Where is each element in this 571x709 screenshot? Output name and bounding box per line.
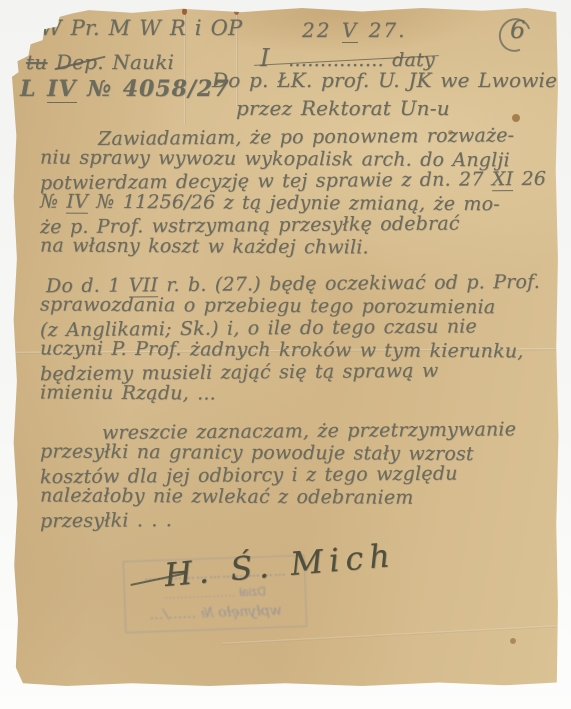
handwritten-segment: № 11256/26 z tą jedynie zmianą, że mo- — [88, 191, 500, 216]
handwritten-segment: imieniu Rządu, ... — [40, 381, 216, 404]
rust-spot — [182, 8, 187, 15]
handwritten-segment: XI — [492, 168, 514, 191]
document-scan: W Pr. M W R i OP 22 V 27. 6 tu Dep. Nauk… — [0, 0, 571, 709]
stain — [512, 114, 520, 122]
stamp-line-3: wpłynęło № ……/… — [129, 602, 301, 624]
handwritten-line: na własny koszt w każdej chwili. — [40, 234, 546, 259]
crease — [222, 625, 559, 645]
page-number: 6 — [499, 14, 533, 52]
date-day: 22 — [302, 18, 331, 42]
date: 22 V 27. — [302, 18, 406, 42]
crossed-word: tu — [26, 50, 47, 74]
paragraph: Do d. 1 VII r. b. (27.) będę oczekiwać o… — [40, 273, 546, 405]
rust-spot — [234, 8, 239, 15]
letter-body: Zawiadamiam, że po ponownem rozważe-niu … — [40, 126, 546, 545]
ref-number: № 4058/27 — [77, 76, 230, 102]
handwritten-segment: 26 — [513, 168, 546, 190]
handwritten-line: wreszcie zaznaczam, że przetrzymywanie — [102, 418, 546, 444]
page-number-digit: 6 — [510, 16, 525, 44]
handwritten-segment: przesyłki . . . — [40, 509, 172, 532]
ref-prefix: L — [20, 76, 47, 102]
department-line: tu Dep. Nauki — [26, 50, 174, 74]
letter-page: W Pr. M W R i OP 22 V 27. 6 tu Dep. Nauk… — [12, 6, 559, 688]
reference-number: L IV № 4058/27 — [20, 76, 230, 102]
handwritten-segment: przesyłki na granicy powoduje stały wzro… — [40, 440, 474, 465]
addressee-line: W Pr. M W R i OP — [40, 16, 242, 40]
handwritten-segment: IV — [66, 191, 88, 214]
handwritten-line: przesyłki . . . — [40, 506, 546, 532]
handwritten-segment: na własny koszt w każdej chwili. — [40, 234, 369, 258]
ref-numeral: IV — [47, 76, 76, 103]
handwritten-line: imieniu Rządu, ... — [40, 381, 546, 406]
stain — [510, 638, 516, 644]
handwritten-segment: № — [40, 190, 67, 212]
handwritten-segment: sprawozdania o przebiegu tego porozumien… — [40, 293, 496, 318]
department-name: Nauki — [112, 50, 174, 74]
slashed-word: Dep. — [56, 50, 104, 74]
paragraph: Zawiadamiam, że po ponownem rozważe-niu … — [40, 126, 546, 258]
forwarding-line-1: Do p. ŁK. prof. U. JK we Lwowie — [212, 68, 557, 92]
handwritten-segment: r. b. (27.) będę oczekiwać od p. Prof. — [158, 271, 540, 296]
handwritten-line: Zawiadamiam, że po ponownem rozważe- — [98, 124, 546, 150]
forwarding-line-2: przez Rektorat Un-u — [236, 96, 450, 120]
handwritten-segment: niu sprawy wywozu wykopalisk arch. do An… — [40, 146, 510, 171]
handwritten-segment: Zawiadamiam, że po ponownem rozważe- — [98, 124, 514, 150]
handwritten-segment: należałoby nie zwlekać z odebraniem — [40, 484, 414, 508]
date-month: V — [342, 18, 358, 43]
handwritten-segment: wreszcie zaznaczam, że przetrzymywanie — [102, 418, 516, 444]
paragraph: wreszcie zaznaczam, że przetrzymywaniepr… — [40, 420, 546, 530]
date-year: 27. — [369, 18, 407, 42]
